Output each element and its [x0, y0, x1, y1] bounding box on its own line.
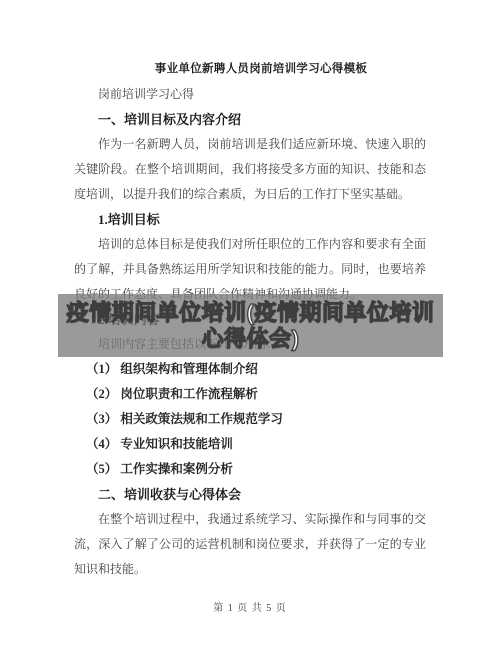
document-page: 事业单位新聘人员岗前培训学习心得模板 岗前培训学习心得一、培训目标及内容介绍作为…	[0, 0, 500, 647]
section-heading: 1.培训目标	[74, 207, 426, 232]
page-number-footer: 第 1 页 共 5 页	[0, 601, 500, 617]
list-item: （2） 岗位职责和工作流程解析	[74, 382, 426, 407]
paragraph: 作为一名新聘人员，岗前培训是我们适应新环境、快速入职的关键阶段。在整个培训期间，…	[74, 132, 426, 207]
document-title: 事业单位新聘人员岗前培训学习心得模板	[74, 57, 426, 82]
list-item: （3） 相关政策法规和工作规范学习	[74, 407, 426, 432]
watermark-overlay: 疫情期间单位培训(疫情期间单位培训心得体会)	[58, 294, 443, 357]
section-heading: 一、培训目标及内容介绍	[74, 107, 426, 132]
list-item: （5） 工作实操和案例分析	[74, 457, 426, 482]
list-item: （1） 组织架构和管理体制介绍	[74, 357, 426, 382]
paragraph: 岗前培训学习心得	[74, 82, 426, 107]
paragraph: 在整个培训过程中，我通过系统学习、实际操作和与同事的交流，深入了解了公司的运营机…	[74, 507, 426, 582]
watermark-text: 疫情期间单位培训(疫情期间单位培训心得体会)	[62, 300, 440, 352]
section-heading: 二、培训收获与心得体会	[74, 482, 426, 507]
list-item: （4） 专业知识和技能培训	[74, 432, 426, 457]
